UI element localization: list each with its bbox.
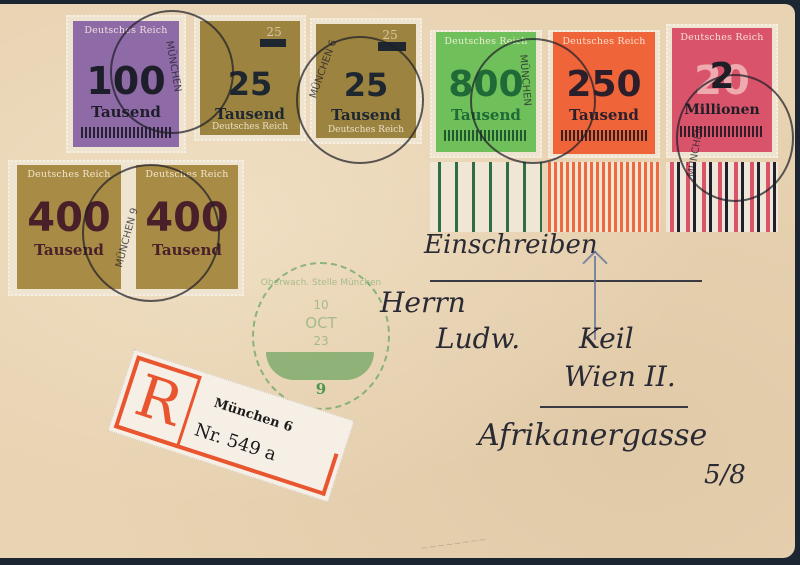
address-city: Wien II. xyxy=(564,360,676,393)
cancellation-postmark: MÜNCHEN 9 xyxy=(82,164,220,302)
arrival-postmark: Oberwach. Stelle München 10 OCT 23 9 xyxy=(252,262,390,410)
postmark-year: 23 xyxy=(254,334,388,348)
cancellation-postmark: MÜNCHEN xyxy=(470,38,596,164)
pencil-note: ~~~~~~~~ xyxy=(420,534,488,554)
underline xyxy=(430,280,702,282)
cancellation-text: MÜNCHEN xyxy=(163,40,183,93)
postmark-band xyxy=(266,352,374,380)
sheet-margin-orange xyxy=(548,162,660,232)
value-blackout xyxy=(260,39,286,47)
postmark-month: OCT xyxy=(254,314,388,332)
cancellation-postmark: MÜNCHEN xyxy=(676,74,794,202)
cancellation-postmark: MÜNCHEN 6 xyxy=(296,36,424,164)
cancellation-postmark: MÜNCHEN xyxy=(110,10,234,134)
sheet-margin-green xyxy=(430,162,542,232)
label-frame xyxy=(321,453,338,496)
cancellation-text: MÜNCHEN xyxy=(517,54,532,106)
stamp-header: Deutsches Reich xyxy=(17,169,121,180)
cancellation-text: MÜNCHEN xyxy=(686,125,706,178)
service-endorsement: Einschreiben xyxy=(424,230,598,260)
registration-box: R xyxy=(114,355,202,448)
postmark-office: Oberwach. Stelle München xyxy=(254,278,388,288)
address-house-number: 5/8 xyxy=(704,460,746,490)
underline xyxy=(540,406,688,408)
cancellation-text: MÜNCHEN 9 xyxy=(114,207,140,269)
postmark-day: 10 xyxy=(254,298,388,312)
address-salutation: Herrn xyxy=(380,286,466,319)
stamp-footer: Deutsches Reich xyxy=(200,122,300,132)
stamp-header: Deutsches Reich xyxy=(553,36,655,47)
envelope: Deutsches Reich 100 Tausend 25 25 Tausen… xyxy=(0,4,795,558)
address-name: Ludw. Keil xyxy=(436,322,634,355)
address-street: Afrikanergasse xyxy=(478,418,707,453)
stamp-header: Deutsches Reich xyxy=(672,32,772,43)
